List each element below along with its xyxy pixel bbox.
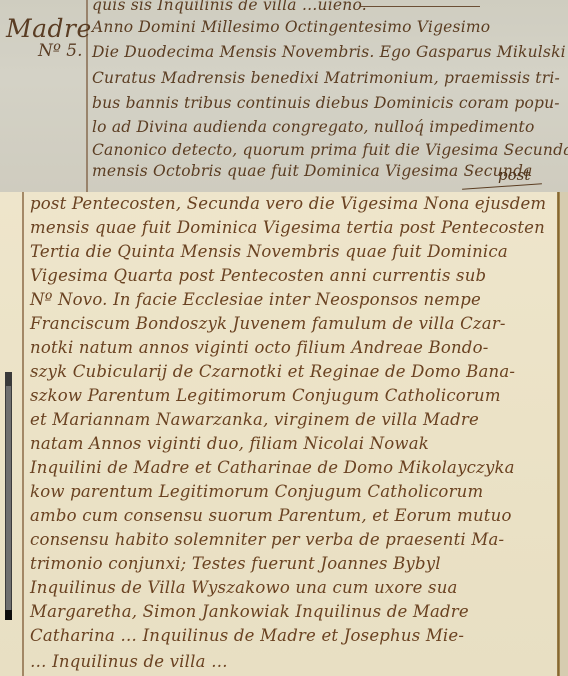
record-line: natam Annos viginti duo, filiam Nicolai … bbox=[30, 434, 429, 453]
record-line: notki natum annos viginti octo filium An… bbox=[30, 338, 488, 357]
record-line: quis sis Inquilinis de villa …uieno. bbox=[92, 0, 367, 14]
record-line: post Pentecosten, Secunda vero die Viges… bbox=[30, 194, 546, 213]
record-line: Curatus Madrensis benedixi Matrimonium, … bbox=[92, 69, 560, 87]
record-line: szkow Parentum Legitimorum Conjugum Cath… bbox=[30, 386, 501, 405]
record-line: Anno Domini Millesimo Octingentesimo Vig… bbox=[92, 18, 490, 36]
lower-manuscript-fragment: post Pentecosten, Secunda vero die Viges… bbox=[0, 192, 568, 676]
record-line: kow parentum Legitimorum Conjugum Cathol… bbox=[30, 482, 483, 501]
upper-manuscript-fragment: Madre Nº 5. quis sis Inquilinis de villa… bbox=[0, 0, 568, 192]
margin-entry-number: Nº 5. bbox=[38, 41, 92, 61]
record-line: Canonico detecto, quorum prima fuit die … bbox=[92, 141, 568, 159]
catchword-underline bbox=[462, 183, 542, 190]
catchword: post bbox=[498, 166, 530, 184]
record-line: bus bannis tribus continuis diebus Domin… bbox=[92, 94, 560, 112]
scrollbar-top-cap[interactable] bbox=[5, 372, 12, 386]
record-line: Die Duodecima Mensis Novembris. Ego Gasp… bbox=[92, 43, 566, 61]
page-edge-strip bbox=[560, 192, 568, 676]
record-line: … Inquilinus de villa … bbox=[30, 652, 228, 671]
record-line: mensis Octobris quae fuit Dominica Viges… bbox=[92, 162, 533, 180]
record-line: Franciscum Bondoszyk Juvenem famulum de … bbox=[30, 314, 506, 333]
margin-place-name: Madre bbox=[6, 14, 92, 43]
record-line: et Mariannam Nawarzanka, virginem de vil… bbox=[30, 410, 479, 429]
record-line: lo ad Divina audienda congregato, nulloq… bbox=[92, 118, 535, 136]
margin-rule bbox=[22, 192, 24, 676]
record-line: Nº Novo. In facie Ecclesiae inter Neospo… bbox=[30, 290, 481, 309]
record-line: szyk Cubicularij de Czarnotki et Reginae… bbox=[30, 362, 515, 381]
record-line: Vigesima Quarta post Pentecosten anni cu… bbox=[30, 266, 486, 285]
top-rule bbox=[360, 6, 480, 7]
record-line: Margaretha, Simon Jankowiak Inquilinus d… bbox=[30, 602, 469, 621]
record-line: Tertia die Quinta Mensis Novembris quae … bbox=[30, 242, 508, 261]
record-line: Catharina … Inquilinus de Madre et Josep… bbox=[30, 626, 464, 645]
record-line: Inquilini de Madre et Catharinae de Domo… bbox=[30, 458, 515, 477]
page-binding-edge bbox=[557, 192, 560, 676]
margin-note: Madre Nº 5. bbox=[6, 14, 92, 61]
scrollbar-bottom-cap[interactable] bbox=[5, 610, 12, 620]
record-line: Inquilinus de Villa Wyszakowo una cum ux… bbox=[30, 578, 458, 597]
record-line: ambo cum consensu suorum Parentum, et Eo… bbox=[30, 506, 512, 525]
record-line: consensu habito solemniter per verba de … bbox=[30, 530, 504, 549]
record-line: mensis quae fuit Dominica Vigesima terti… bbox=[30, 218, 545, 237]
viewer-scrollbar[interactable] bbox=[5, 372, 12, 620]
record-line: trimonio conjunxi; Testes fuerunt Joanne… bbox=[30, 554, 441, 573]
